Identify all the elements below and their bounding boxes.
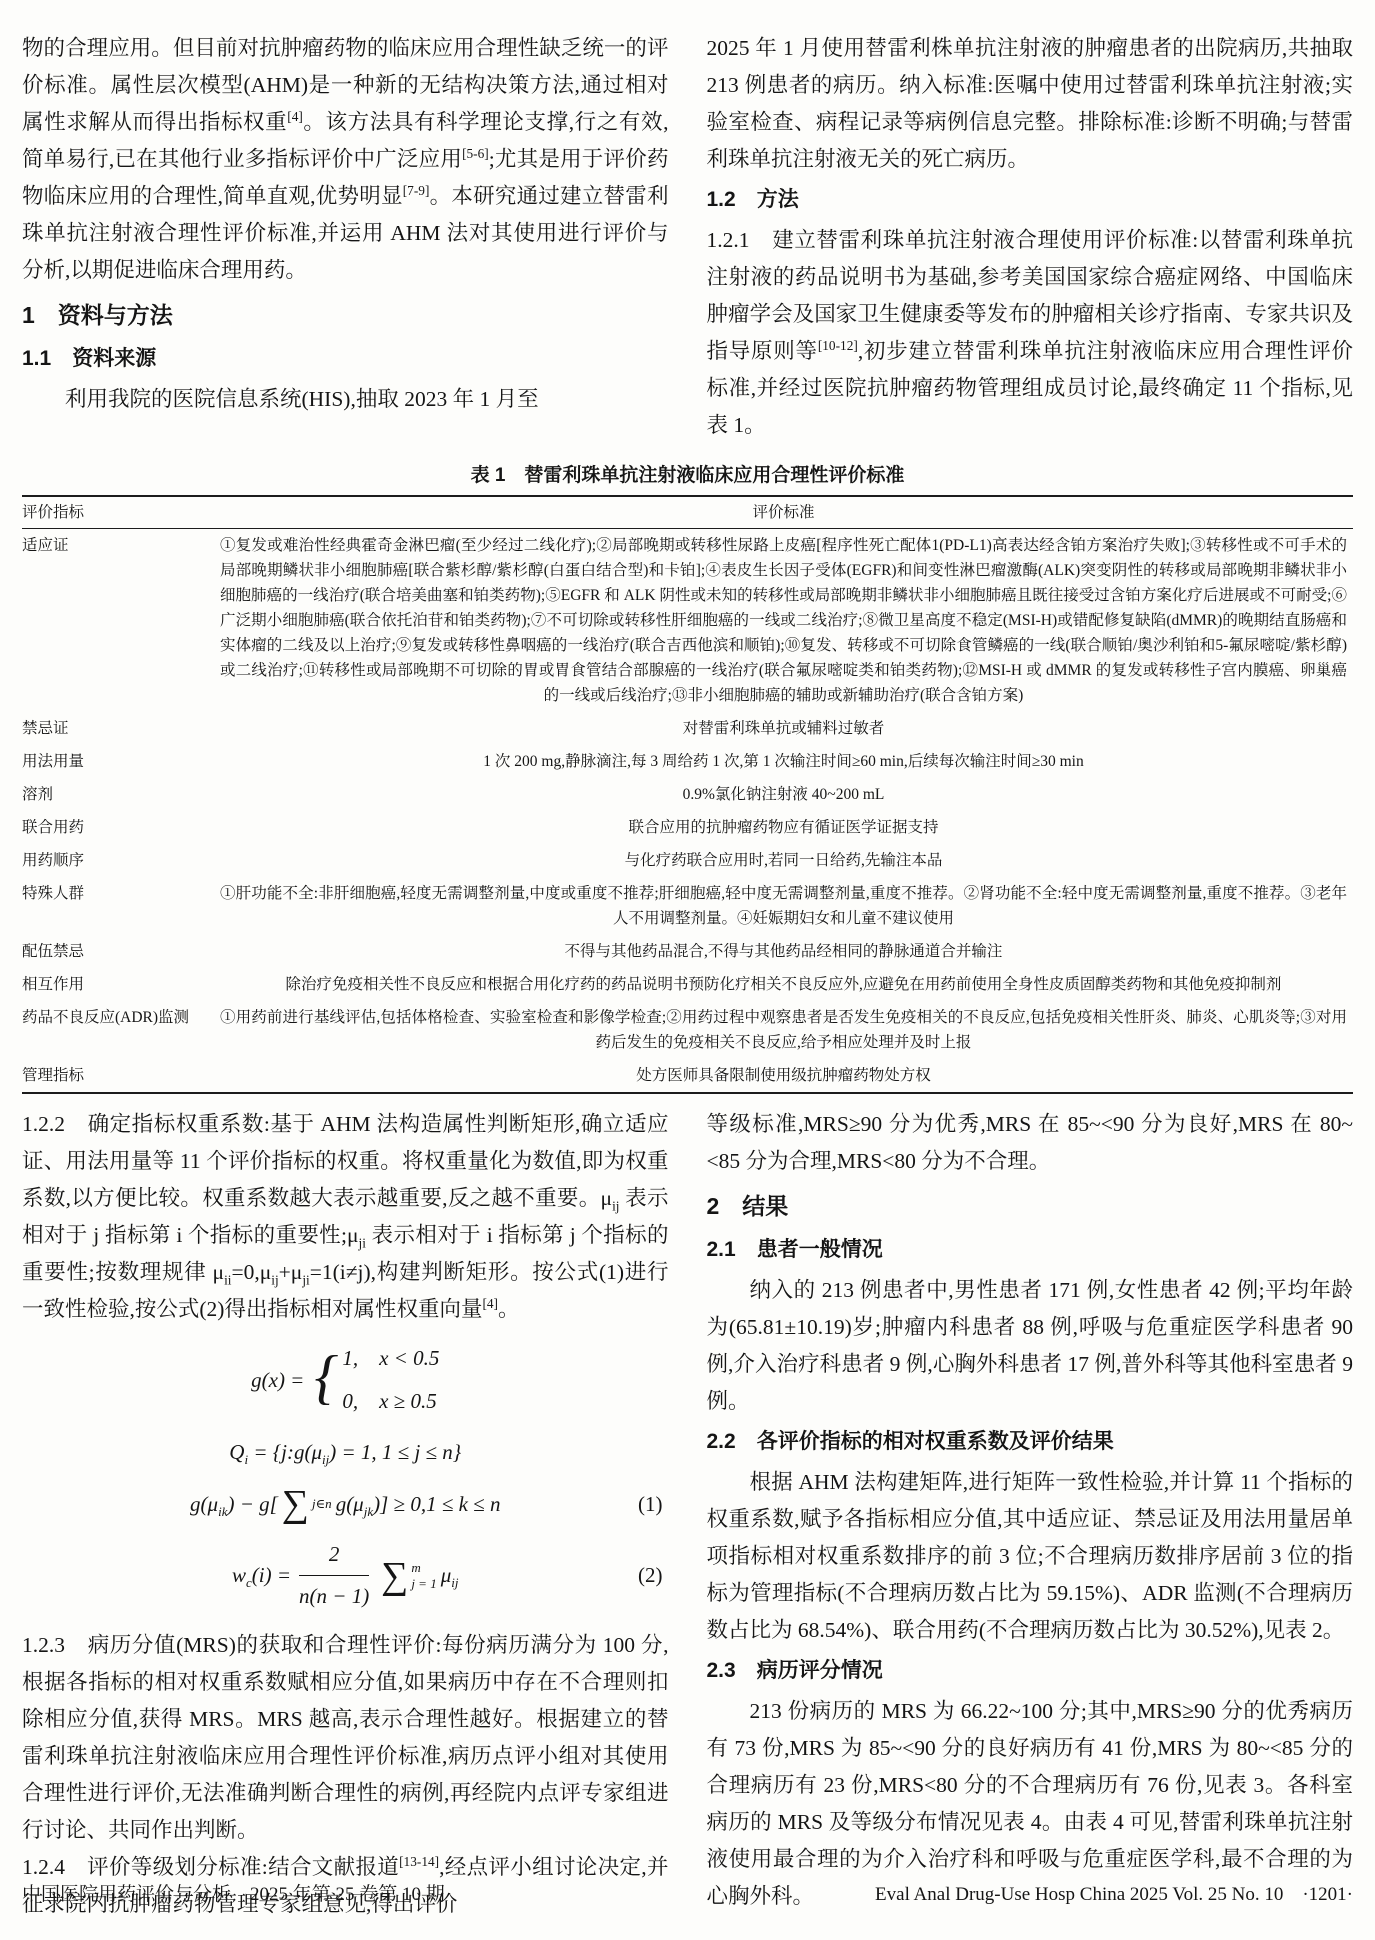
weights-result-paragraph: 根据 AHM 法构建矩阵,进行矩阵一致性检验,并计算 11 个指标的权重系数,赋…: [707, 1464, 1354, 1649]
formula-gx: g(x) = { 1, x < 0.5 0, x ≥ 0.5: [22, 1340, 669, 1420]
criteria-cell: 0.9%氯化钠注射液 40~200 mL: [214, 778, 1353, 811]
table-1-body: 适应证①复发或难治性经典霍奇金淋巴瘤(至少经过二线化疗);②局部晚期或转移性尿路…: [22, 529, 1353, 1094]
formula-2-post: μij: [441, 1557, 459, 1594]
section-2-2-heading: 2.2 各评价指标的相对权重系数及评价结果: [707, 1423, 1354, 1461]
fraction-numerator: 2: [299, 1536, 369, 1576]
top-columns: 物的合理应用。但目前对抗肿瘤药物的临床应用合理性缺乏统一的评价标准。属性层次模型…: [22, 30, 1353, 444]
method-1-2-1-paragraph: 1.2.1 建立替雷利珠单抗注射液合理使用评价标准:以替雷利珠单抗注射液的药品说…: [707, 222, 1354, 444]
column-header-indicator: 评价指标: [22, 496, 214, 529]
table-row: 药品不良反应(ADR)监测①用药前进行基线评估,包括体格检查、实验室检查和影像学…: [22, 1001, 1353, 1059]
formula-qi-body: Qi = {j:g(μij) = 1, 1 ≤ j ≤ n}: [229, 1434, 461, 1471]
curly-brace: {: [314, 1350, 338, 1404]
grading-standard-paragraph: 等级标准,MRS≥90 分为优秀,MRS 在 85~<90 分为良好,MRS 在…: [707, 1106, 1354, 1180]
intro-paragraph: 物的合理应用。但目前对抗肿瘤药物的临床应用合理性缺乏统一的评价标准。属性层次模型…: [22, 30, 669, 289]
table-row: 相互作用除治疗免疫相关性不良反应和根据合用化疗药的药品说明书预防化疗相关不良反应…: [22, 968, 1353, 1001]
criteria-cell: 对替雷利珠单抗或辅料过敏者: [214, 712, 1353, 745]
indicator-cell: 禁忌证: [22, 712, 214, 745]
table-1-title: 表 1 替雷利珠单抗注射液临床应用合理性评价标准: [22, 460, 1353, 487]
bottom-left-column: 1.2.2 确定指标权重系数:基于 AHM 法构造属性判断矩形,确立适应证、用法…: [22, 1106, 669, 1923]
sigma-limits: j∈n: [312, 1496, 332, 1512]
inclusion-criteria-paragraph: 2025 年 1 月使用替雷利株单抗注射液的肿瘤患者的出院病历,共抽取 213 …: [707, 30, 1354, 178]
table-row: 适应证①复发或难治性经典霍奇金淋巴瘤(至少经过二线化疗);②局部晚期或转移性尿路…: [22, 529, 1353, 713]
indicator-cell: 配伍禁忌: [22, 935, 214, 968]
sigma-glyph-2: ∑: [381, 1557, 408, 1595]
section-2-1-heading: 2.1 患者一般情况: [707, 1231, 1354, 1269]
sigma-operator-2: ∑ m j = 1: [381, 1557, 436, 1595]
data-source-paragraph: 利用我院的医院信息系统(HIS),抽取 2023 年 1 月至: [22, 381, 669, 418]
sigma-limits-2: m j = 1: [411, 1560, 436, 1591]
sigma-upper-limit: m: [411, 1560, 436, 1576]
top-left-column: 物的合理应用。但目前对抗肿瘤药物的临床应用合理性缺乏统一的评价标准。属性层次模型…: [22, 30, 669, 444]
table-row: 配伍禁忌不得与其他药品混合,不得与其他药品经相同的静脉通道合并输注: [22, 935, 1353, 968]
footer-journal-cn: 中国医院用药评价与分析 2025 年第 25 卷第 10 期: [22, 1879, 445, 1906]
section-1-1-heading: 1.1 资料来源: [22, 340, 669, 378]
formula-gx-case1: 1, x < 0.5: [342, 1340, 439, 1377]
bottom-columns: 1.2.2 确定指标权重系数:基于 AHM 法构造属性判断矩形,确立适应证、用法…: [22, 1106, 1353, 1923]
table-1: 评价指标 评价标准 适应证①复发或难治性经典霍奇金淋巴瘤(至少经过二线化疗);②…: [22, 495, 1353, 1094]
table-row: 用法用量1 次 200 mg,静脉滴注,每 3 周给药 1 次,第 1 次输注时…: [22, 745, 1353, 778]
section-2-3-heading: 2.3 病历评分情况: [707, 1652, 1354, 1690]
indicator-cell: 溶剂: [22, 778, 214, 811]
sigma-operator: ∑ j∈n: [282, 1485, 332, 1523]
indicator-cell: 管理指标: [22, 1059, 214, 1093]
formula-gx-cases: 1, x < 0.5 0, x ≥ 0.5: [342, 1340, 439, 1420]
formula-1: g(μik) − g[ ∑ j∈n g(μjk)] ≥ 0,1 ≤ k ≤ n …: [22, 1484, 669, 1524]
formula-1-post: g(μjk)] ≥ 0,1 ≤ k ≤ n: [336, 1486, 501, 1523]
fraction: 2 n(n − 1): [299, 1536, 369, 1615]
indicator-cell: 用药顺序: [22, 844, 214, 877]
formula-2-lhs: wc(i) =: [232, 1557, 291, 1594]
criteria-cell: 联合应用的抗肿瘤药物应有循证医学证据支持: [214, 811, 1353, 844]
patients-paragraph: 纳入的 213 例患者中,男性患者 171 例,女性患者 42 例;平均年龄为(…: [707, 1272, 1354, 1420]
page-footer: 中国医院用药评价与分析 2025 年第 25 卷第 10 期 Eval Anal…: [22, 1879, 1353, 1906]
formula-gx-lhs: g(x) =: [251, 1362, 304, 1399]
table-row: 特殊人群①肝功能不全:非肝细胞癌,轻度无需调整剂量,中度或重度不推荐;肝细胞癌,…: [22, 877, 1353, 935]
formula-qi: Qi = {j:g(μij) = 1, 1 ≤ j ≤ n}: [22, 1432, 669, 1472]
indicator-cell: 用法用量: [22, 745, 214, 778]
bottom-right-column: 等级标准,MRS≥90 分为优秀,MRS 在 85~<90 分为良好,MRS 在…: [707, 1106, 1354, 1923]
table-row: 溶剂0.9%氯化钠注射液 40~200 mL: [22, 778, 1353, 811]
section-1-heading: 1 资料与方法: [22, 295, 669, 335]
table-row: 用药顺序与化疗药联合应用时,若同一日给药,先输注本品: [22, 844, 1353, 877]
formula-block: g(x) = { 1, x < 0.5 0, x ≥ 0.5 Qi = {j:g…: [22, 1340, 669, 1615]
criteria-cell: 除治疗免疫相关性不良反应和根据合用化疗药的药品说明书预防化疗相关不良反应外,应避…: [214, 968, 1353, 1001]
indicator-cell: 适应证: [22, 529, 214, 713]
indicator-cell: 相互作用: [22, 968, 214, 1001]
table-1-header: 评价指标 评价标准: [22, 496, 1353, 529]
criteria-cell: ①用药前进行基线评估,包括体格检查、实验室检查和影像学检查;②用药过程中观察患者…: [214, 1001, 1353, 1059]
fraction-denominator: n(n − 1): [299, 1576, 369, 1615]
equation-number-2: (2): [638, 1557, 663, 1594]
section-2-heading: 2 结果: [707, 1186, 1354, 1226]
table-row: 禁忌证对替雷利珠单抗或辅料过敏者: [22, 712, 1353, 745]
formula-1-pre: g(μik) − g[: [190, 1486, 278, 1523]
table-row: 管理指标处方医师具备限制使用级抗肿瘤药物处方权: [22, 1059, 1353, 1093]
indicator-cell: 特殊人群: [22, 877, 214, 935]
method-1-2-2-paragraph: 1.2.2 确定指标权重系数:基于 AHM 法构造属性判断矩形,确立适应证、用法…: [22, 1106, 669, 1328]
criteria-cell: 1 次 200 mg,静脉滴注,每 3 周给药 1 次,第 1 次输注时间≥60…: [214, 745, 1353, 778]
footer-journal-en: Eval Anal Drug-Use Hosp China 2025 Vol. …: [875, 1879, 1353, 1906]
top-right-column: 2025 年 1 月使用替雷利株单抗注射液的肿瘤患者的出院病历,共抽取 213 …: [707, 30, 1354, 444]
indicator-cell: 联合用药: [22, 811, 214, 844]
criteria-cell: ①复发或难治性经典霍奇金淋巴瘤(至少经过二线化疗);②局部晚期或转移性尿路上皮癌…: [214, 529, 1353, 713]
section-1-2-heading: 1.2 方法: [707, 181, 1354, 219]
criteria-cell: 处方医师具备限制使用级抗肿瘤药物处方权: [214, 1059, 1353, 1093]
formula-2: wc(i) = 2 n(n − 1) ∑ m j = 1 μij (2): [22, 1536, 669, 1615]
criteria-cell: 不得与其他药品混合,不得与其他药品经相同的静脉通道合并输注: [214, 935, 1353, 968]
formula-gx-case2: 0, x ≥ 0.5: [342, 1383, 439, 1420]
indicator-cell: 药品不良反应(ADR)监测: [22, 1001, 214, 1059]
criteria-cell: ①肝功能不全:非肝细胞癌,轻度无需调整剂量,中度或重度不推荐;肝细胞癌,轻中度无…: [214, 877, 1353, 935]
method-1-2-3-paragraph: 1.2.3 病历分值(MRS)的获取和合理性评价:每份病历满分为 100 分,根…: [22, 1627, 669, 1849]
equation-number-1: (1): [638, 1486, 663, 1523]
sigma-lower-limit: j∈n: [312, 1496, 332, 1512]
paper-page: 物的合理应用。但目前对抗肿瘤药物的临床应用合理性缺乏统一的评价标准。属性层次模型…: [0, 0, 1375, 1940]
sigma-glyph: ∑: [282, 1485, 309, 1523]
column-header-criteria: 评价标准: [214, 496, 1353, 529]
table-row: 联合用药联合应用的抗肿瘤药物应有循证医学证据支持: [22, 811, 1353, 844]
table-header-row: 评价指标 评价标准: [22, 496, 1353, 529]
sigma-lower-limit-2: j = 1: [411, 1576, 436, 1592]
criteria-cell: 与化疗药联合应用时,若同一日给药,先输注本品: [214, 844, 1353, 877]
